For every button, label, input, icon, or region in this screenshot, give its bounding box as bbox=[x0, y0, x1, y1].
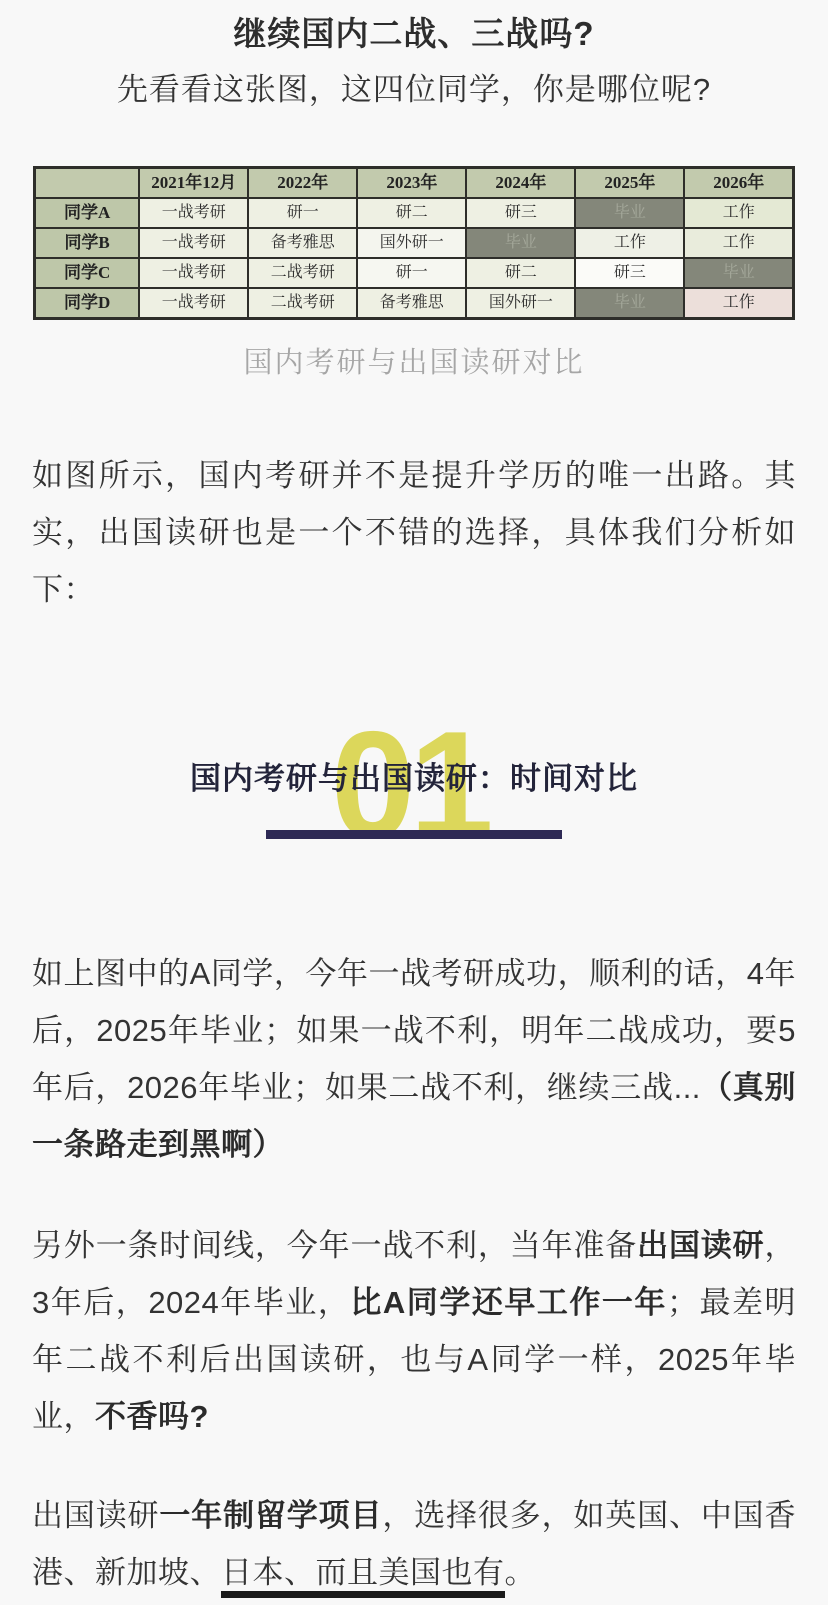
column-header: 2024年 bbox=[466, 168, 575, 199]
table-row: 同学C一战考研二战考研研一研二研三毕业 bbox=[35, 258, 794, 288]
paragraph-student-a-timeline: 如上图中的A同学，今年一战考研成功，顺利的话，4年后，2025年毕业；如果一战不… bbox=[32, 945, 796, 1173]
table-cell: 毕业 bbox=[575, 198, 684, 228]
table-header-row: 2021年12月2022年2023年2024年2025年2026年 bbox=[35, 168, 794, 199]
column-header: 2025年 bbox=[575, 168, 684, 199]
table-cell: 一战考研 bbox=[139, 228, 248, 258]
table-cell: 研一 bbox=[357, 258, 466, 288]
table-cell: 工作 bbox=[684, 288, 793, 319]
row-label: 同学D bbox=[35, 288, 140, 319]
table-cell: 研三 bbox=[466, 198, 575, 228]
table-cell: 毕业 bbox=[466, 228, 575, 258]
table-cell: 二战考研 bbox=[248, 258, 357, 288]
section-underline-bar bbox=[266, 830, 562, 839]
paragraph-abroad-timeline: 另外一条时间线，今年一战不利，当年准备出国读研，3年后，2024年毕业，比A同学… bbox=[32, 1217, 796, 1445]
section-title: 国内考研与出国读研：时间对比 bbox=[0, 759, 828, 799]
article-title: 继续国内二战、三战吗? bbox=[0, 0, 828, 56]
table-cell: 毕业 bbox=[575, 288, 684, 319]
bold-text-run: 比A同学还早工作一年 bbox=[350, 1285, 667, 1320]
column-header: 2021年12月 bbox=[139, 168, 248, 199]
bold-text-run: 不香吗? bbox=[95, 1399, 209, 1434]
table-cell: 工作 bbox=[575, 228, 684, 258]
text-run: 出国读研 bbox=[32, 1498, 159, 1533]
table-row: 同学D一战考研二战考研备考雅思国外研一毕业工作 bbox=[35, 288, 794, 319]
table-row: 同学B一战考研备考雅思国外研一毕业工作工作 bbox=[35, 228, 794, 258]
row-label: 同学B bbox=[35, 228, 140, 258]
table-cell: 毕业 bbox=[684, 258, 793, 288]
table-cell: 工作 bbox=[684, 198, 793, 228]
table-cell: 研三 bbox=[575, 258, 684, 288]
table-cell: 一战考研 bbox=[139, 258, 248, 288]
comparison-table: 2021年12月2022年2023年2024年2025年2026年同学A一战考研… bbox=[33, 166, 795, 320]
column-header: 2023年 bbox=[357, 168, 466, 199]
paragraph-one-year-programs: 出国读研一年制留学项目，选择很多，如英国、中国香港、新加坡、日本、而且美国也有。 bbox=[32, 1487, 796, 1601]
table-row: 同学A一战考研研一研二研三毕业工作 bbox=[35, 198, 794, 228]
column-header: 2026年 bbox=[684, 168, 793, 199]
table-cell: 研二 bbox=[466, 258, 575, 288]
column-header bbox=[35, 168, 140, 199]
table-caption: 国内考研与出国读研对比 bbox=[0, 347, 828, 379]
text-run: 另外一条时间线，今年一战不利，当年准备 bbox=[32, 1228, 637, 1263]
paragraph-intro: 如图所示，国内考研并不是提升学历的唯一出路。其实，出国读研也是一个不错的选择，具… bbox=[32, 447, 796, 618]
table-cell: 国外研一 bbox=[357, 228, 466, 258]
bold-text-run: 出国读研 bbox=[637, 1228, 764, 1263]
text-run: 如图所示，国内考研并不是提升学历的唯一出路。其实，出国读研也是一个不错的选择，具… bbox=[32, 458, 796, 607]
table-cell: 备考雅思 bbox=[248, 228, 357, 258]
table-cell: 一战考研 bbox=[139, 288, 248, 319]
row-label: 同学A bbox=[35, 198, 140, 228]
table-cell: 研一 bbox=[248, 198, 357, 228]
comparison-table-wrap: 2021年12月2022年2023年2024年2025年2026年同学A一战考研… bbox=[33, 166, 795, 320]
table-cell: 备考雅思 bbox=[357, 288, 466, 319]
text-run: 。 bbox=[505, 1555, 537, 1590]
column-header: 2022年 bbox=[248, 168, 357, 199]
section-header-block: 01 国内考研与出国读研：时间对比 bbox=[0, 713, 828, 885]
row-label: 同学C bbox=[35, 258, 140, 288]
table-cell: 工作 bbox=[684, 228, 793, 258]
table-cell: 国外研一 bbox=[466, 288, 575, 319]
article-subtitle: 先看看这张图，这四位同学，你是哪位呢? bbox=[0, 68, 828, 112]
text-run: 如上图中的A同学，今年一战考研成功，顺利的话，4年后，2025年毕业；如果一战不… bbox=[32, 956, 796, 1105]
table-cell: 研二 bbox=[357, 198, 466, 228]
table-cell: 一战考研 bbox=[139, 198, 248, 228]
table-cell: 二战考研 bbox=[248, 288, 357, 319]
bold-text-run: 一年制留学项目 bbox=[159, 1498, 382, 1533]
underlined-text-run: 日本、而且美国也有 bbox=[221, 1555, 505, 1598]
